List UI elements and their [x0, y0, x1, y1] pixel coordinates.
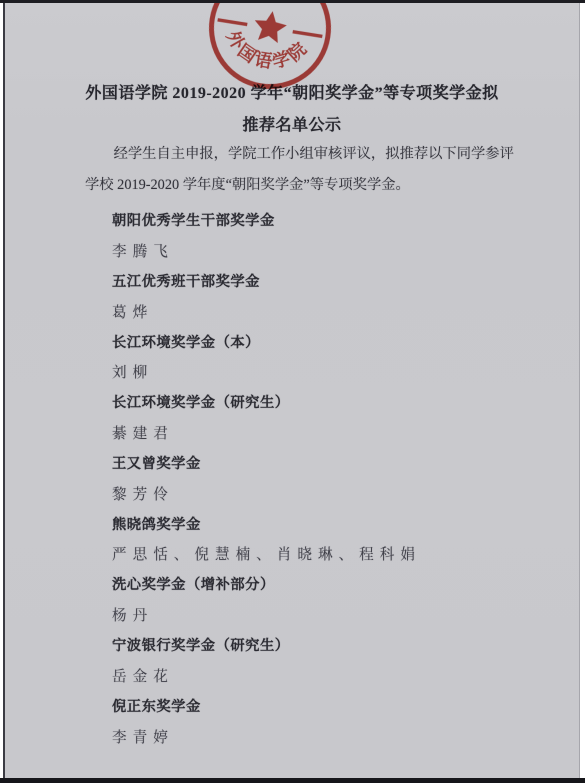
award-name: 长江环境奖学金（研究生） — [112, 387, 539, 417]
award-name: 长江环境奖学金（本） — [112, 326, 539, 356]
award-recipients: 刘柳 — [112, 357, 539, 387]
award-recipients: 李青婷 — [112, 721, 539, 751]
star-icon — [252, 9, 289, 44]
award-recipients: 綦建君 — [112, 417, 539, 447]
award-name: 朝阳优秀学生干部奖学金 — [112, 205, 539, 235]
stamp-college-name: 外国语学院 — [218, 25, 314, 78]
stamp-right-bar — [292, 30, 322, 38]
scanned-document: { "document": { "title_line1": "外国语学院 20… — [0, 0, 585, 783]
intro-paragraph: 经学生自主申报，学院工作小组审核评议，拟推荐以下同学参评 学校 2019-202… — [85, 139, 529, 201]
award-name: 倪正东奖学金 — [112, 691, 539, 721]
award-recipients: 岳金花 — [112, 660, 539, 690]
scan-top-edge — [0, 0, 585, 3]
document-title: 外国语学院 2019-2020 学年“朝阳奖学金”等专项奖学金拟 推荐名单公示 — [5, 78, 579, 142]
award-name: 五江优秀班干部奖学金 — [112, 266, 539, 296]
intro-line-1: 经学生自主申报，学院工作小组审核评议，拟推荐以下同学参评 — [85, 139, 529, 170]
award-recipients: 李腾飞 — [112, 235, 539, 265]
document-page: 湖南大学 外国语学院 外国语学院 2019-2020 学年“朝阳奖学金”等专项奖… — [3, 2, 580, 778]
award-name: 宁波银行奖学金（研究生） — [112, 630, 539, 660]
award-recipients: 黎芳伶 — [112, 478, 539, 508]
award-recipients: 严思恬、倪慧楠、肖晓琳、程科娟 — [112, 539, 539, 569]
award-recipients: 杨丹 — [112, 599, 539, 629]
title-line-2: 推荐名单公示 — [5, 110, 579, 142]
title-line-1: 外国语学院 2019-2020 学年“朝阳奖学金”等专项奖学金拟 — [5, 78, 579, 110]
award-list: 朝阳优秀学生干部奖学金 李腾飞 五江优秀班干部奖学金 葛烨 长江环境奖学金（本）… — [112, 205, 539, 751]
award-name: 熊晓鸽奖学金 — [112, 508, 539, 538]
award-recipients: 葛烨 — [112, 296, 539, 326]
award-name: 王又曾奖学金 — [112, 448, 539, 478]
intro-line-2: 学校 2019-2020 学年度“朝阳奖学金”等专项奖学金。 — [85, 170, 529, 201]
award-name: 洗心奖学金（增补部分） — [112, 569, 539, 599]
scan-bottom-edge — [0, 778, 585, 783]
stamp-university-name: 湖南大学 — [210, 2, 344, 19]
stamp-left-bar — [217, 18, 247, 26]
